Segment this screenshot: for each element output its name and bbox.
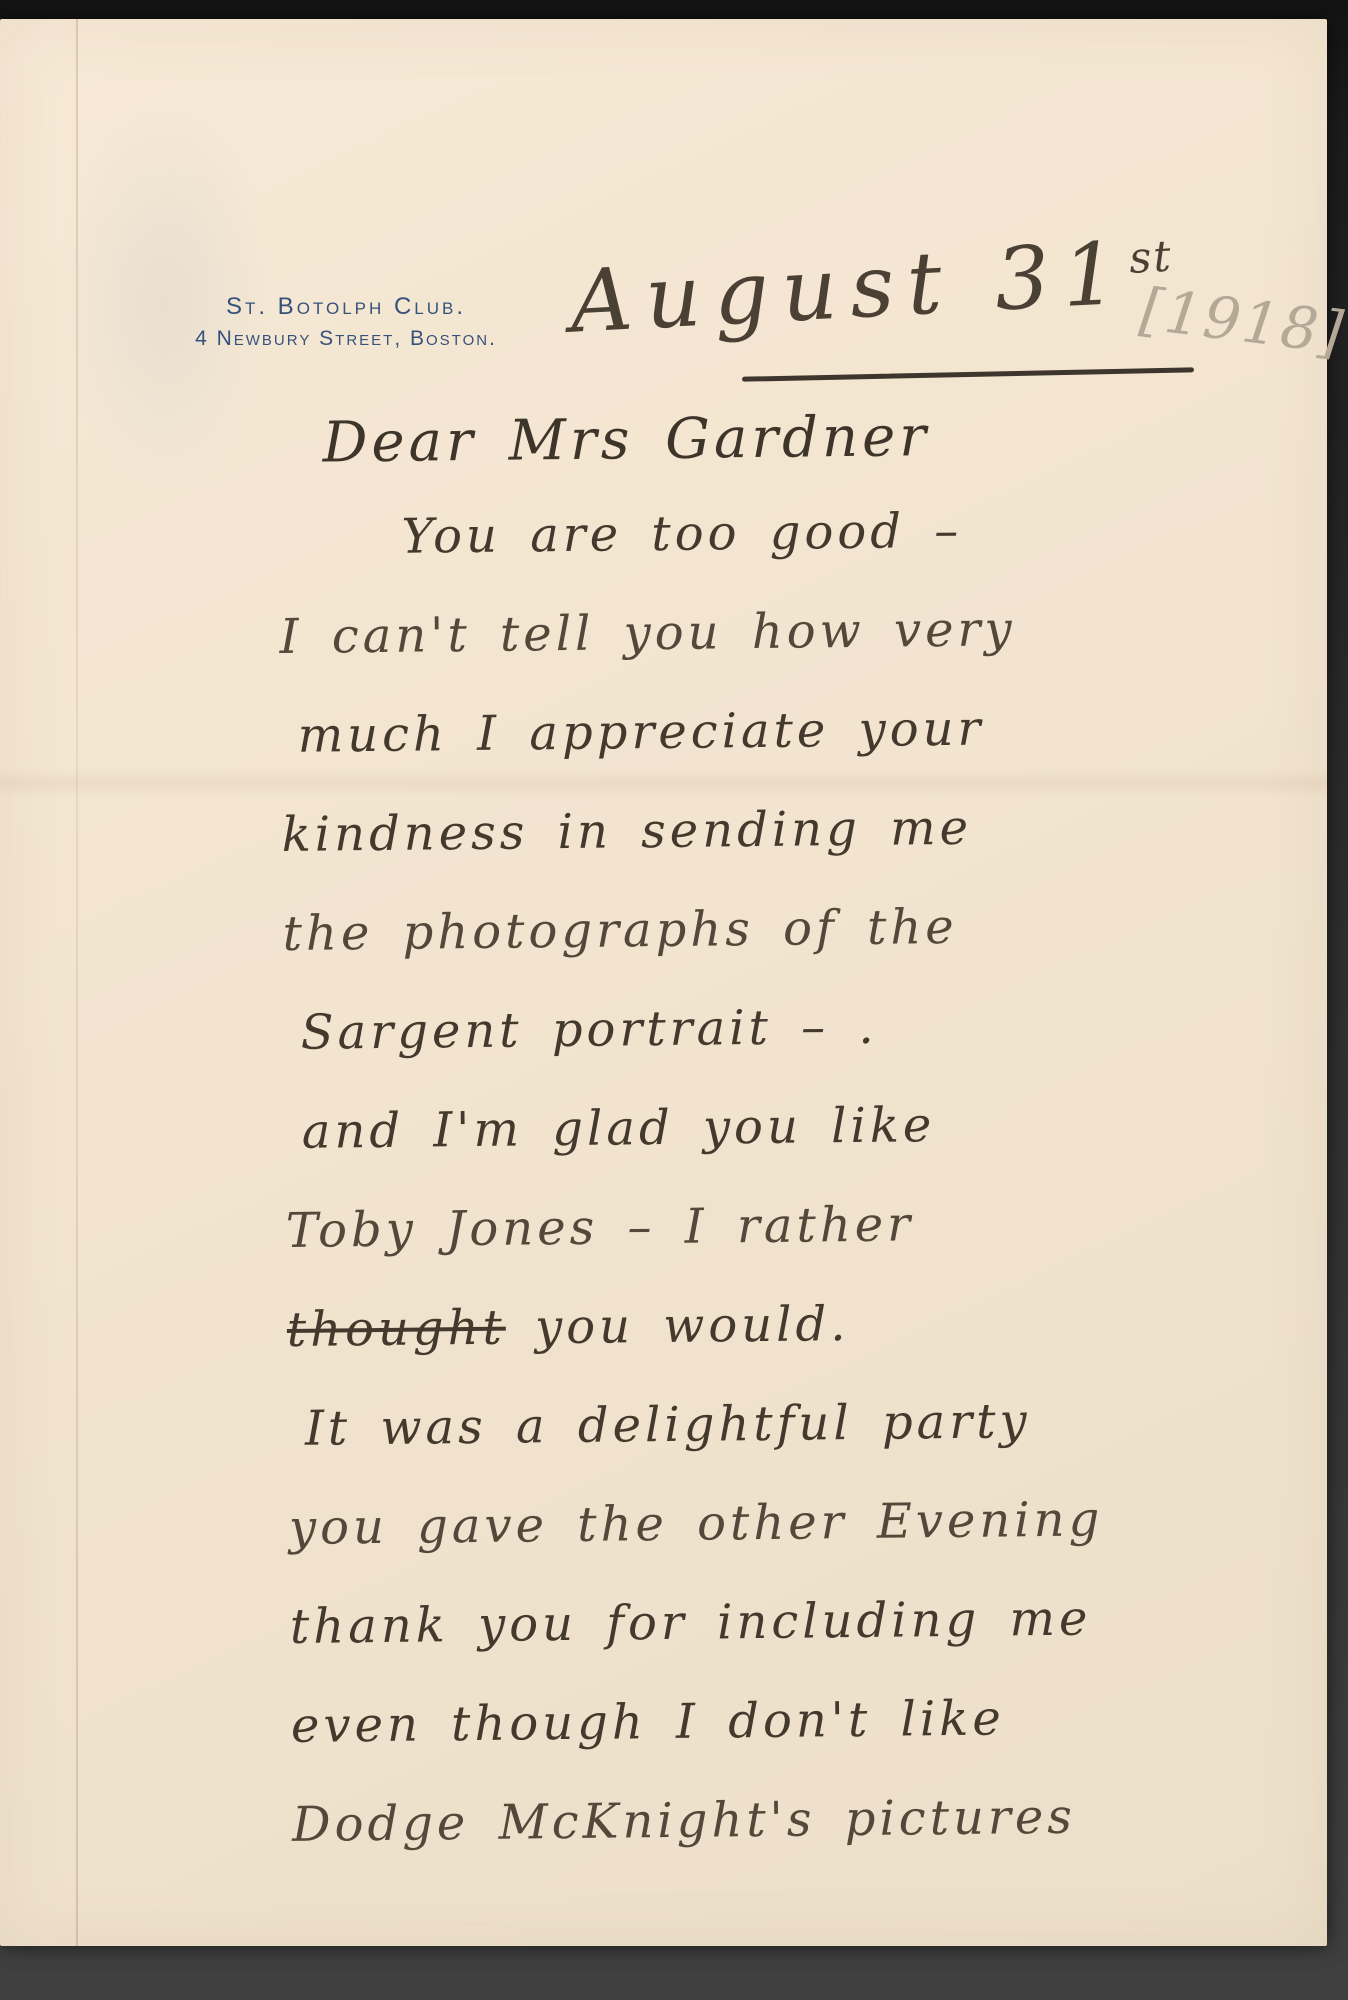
letter-paper: St. Botolph Club. 4 Newbury Street, Bost… (0, 19, 1327, 1946)
body-line: Dodge McKnight's pictures (7, 1786, 1335, 1899)
handwritten-date: August 31st (568, 221, 1176, 352)
body-line: kindness in sending me (0, 796, 1324, 909)
letterhead-address: 4 Newbury Street, Boston. (160, 327, 532, 351)
body-line: I can't tell you how very (0, 598, 1322, 711)
pencil-year-annotation: [1918] (1137, 275, 1348, 367)
body-line: even though I don't like (6, 1687, 1334, 1800)
date-underline (742, 367, 1194, 381)
salutation: Dear Mrs Gardner (0, 400, 1320, 513)
letter-body: Dear Mrs Gardner You are too good – I ca… (0, 400, 1335, 1899)
letterhead: St. Botolph Club. 4 Newbury Street, Bost… (160, 293, 532, 351)
body-line: and I'm glad you like (0, 1093, 1327, 1206)
body-line: Sargent portrait – . (0, 994, 1326, 1107)
body-line: you gave the other Evening (4, 1489, 1332, 1602)
date-text: August 31 (568, 224, 1133, 353)
body-line: thank you for including me (5, 1588, 1333, 1701)
body-line: the photographs of the (0, 895, 1325, 1008)
body-line: Toby Jones – I rather (1, 1192, 1329, 1305)
letterhead-club-name: St. Botolph Club. (160, 293, 532, 321)
body-line: much I appreciate your (0, 697, 1323, 810)
body-line: It was a delightful party (3, 1390, 1331, 1503)
body-line: thought you would. (2, 1291, 1330, 1404)
body-line: You are too good – (0, 499, 1321, 612)
